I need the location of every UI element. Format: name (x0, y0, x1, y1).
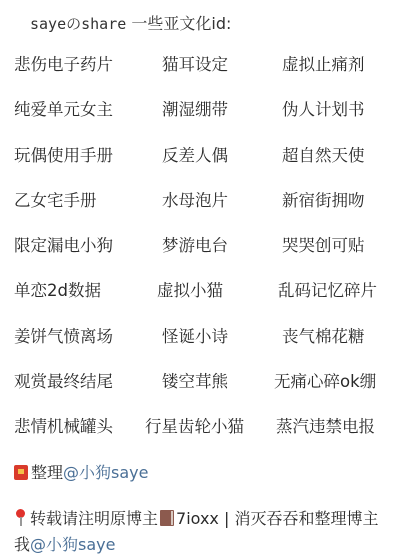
id-item: 玩偶使用手册 (14, 141, 113, 171)
grid-row: 纯爱单元女主 潮湿绷带 伪人计划书 (0, 95, 400, 140)
organizer-label: 整理 (31, 463, 63, 482)
id-item: 水母泡片 (162, 186, 228, 216)
id-item: 怪诞小诗 (162, 322, 228, 352)
id-item: 镂空茸熊 (162, 367, 228, 397)
id-item: 反差人偶 (162, 141, 228, 171)
id-item: 限定漏电小狗 (14, 231, 113, 261)
id-item: 伪人计划书 (282, 95, 365, 125)
grid-row: 乙女宅手册 水母泡片 新宿街拥吻 (0, 186, 400, 231)
id-item: 超自然天使 (282, 141, 365, 171)
id-item: 梦游电台 (162, 231, 228, 261)
id-item: 哭哭创可贴 (282, 231, 365, 261)
id-item: 新宿街拥吻 (282, 186, 365, 216)
grid-row: 悲情机械罐头 行星齿轮小猫 蒸汽违禁电报 (0, 412, 400, 457)
organizer-mention-link[interactable]: @小狗saye (63, 463, 148, 482)
id-item: 姜饼气愤离场 (14, 322, 113, 352)
credits: 整理@小狗saye 转载请注明原博主7ioxx | 消灭吞吞和整理博主 我@小狗… (14, 460, 394, 555)
id-item: 纯爱单元女主 (14, 95, 113, 125)
repost-notice: 转载请注明原博主7ioxx | 消灭吞吞和整理博主 我@小狗saye (14, 506, 394, 555)
id-item: 虚拟小猫 (157, 276, 223, 306)
grid-row: 观赏最终结尾 镂空茸熊 无痛心碎ok绷 (0, 367, 400, 412)
id-item: 单恋2d数据 (14, 276, 101, 306)
id-item: 虚拟止痛剂 (282, 50, 365, 80)
id-item: 悲情机械罐头 (14, 412, 113, 442)
id-item: 行星齿轮小猫 (145, 412, 244, 442)
id-item: 观赏最终结尾 (14, 367, 113, 397)
id-item: 乙女宅手册 (14, 186, 97, 216)
mailbox-icon (14, 465, 28, 480)
id-item: 潮湿绷带 (162, 95, 228, 125)
grid-row: 姜饼气愤离场 怪诞小诗 丧气棉花糖 (0, 322, 400, 367)
id-item: 乱码记忆碎片 (278, 276, 377, 306)
id-grid: 悲伤电子药片 猫耳设定 虚拟止痛剂 纯爱单元女主 潮湿绷带 伪人计划书 玩偶使用… (0, 50, 400, 458)
grid-row: 玩偶使用手册 反差人偶 超自然天使 (0, 141, 400, 186)
title-suffix: 一些亚文化id: (126, 14, 231, 33)
id-item: 悲伤电子药片 (14, 50, 113, 80)
id-item: 丧气棉花糖 (282, 322, 365, 352)
id-item: 无痛心碎ok绷 (274, 367, 376, 397)
grid-row: 悲伤电子药片 猫耳设定 虚拟止痛剂 (0, 50, 400, 95)
grid-row: 单恋2d数据 虚拟小猫 乱码记忆碎片 (0, 276, 400, 321)
title-prefix: sayeのshare (30, 15, 126, 33)
id-item: 蒸汽违禁电报 (276, 412, 375, 442)
author-mention-link[interactable]: @小狗saye (30, 535, 115, 554)
pin-icon (14, 509, 26, 527)
id-item: 猫耳设定 (162, 50, 228, 80)
book-icon (160, 510, 174, 526)
grid-row: 限定漏电小狗 梦游电台 哭哭创可贴 (0, 231, 400, 276)
page-title: sayeのshare 一些亚文化id: (30, 11, 231, 34)
organizer-line: 整理@小狗saye (14, 460, 394, 486)
repost-text: 转载请注明原博主 (30, 509, 158, 528)
